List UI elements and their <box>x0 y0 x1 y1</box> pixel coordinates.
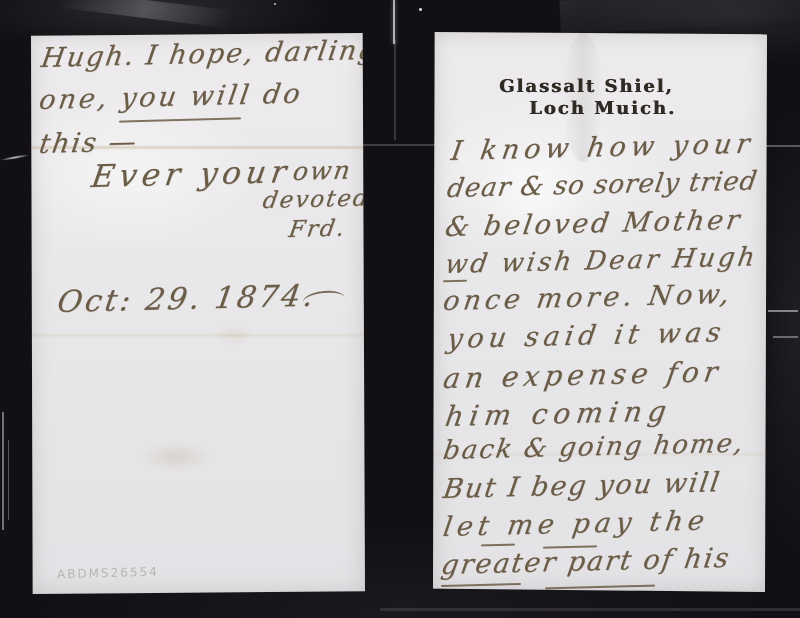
handwritten-underline <box>545 585 655 590</box>
hw-right-line-2: dear & so sorely tried <box>445 166 760 204</box>
crease-mark <box>768 310 798 312</box>
crease-mark <box>363 144 435 146</box>
hw-right-line-9: back & going home, <box>441 429 747 466</box>
hw-right-line-5: once more. Now, <box>441 279 735 317</box>
dust-speck <box>419 8 422 11</box>
hw-closing-own: own <box>291 155 354 186</box>
paper-stain <box>141 441 211 473</box>
hw-right-line-3: & beloved Mother <box>443 205 745 243</box>
handwritten-underline <box>119 117 241 122</box>
date-line: Oct: 29. 1874. <box>55 279 318 320</box>
crease-mark <box>394 40 396 140</box>
handwritten-underline <box>443 280 467 283</box>
crease-mark <box>559 0 800 35</box>
hw-right-line-7: an expense for <box>441 355 725 395</box>
hw-left-line-2: one, you will do <box>37 78 305 116</box>
letterhead-line-1: Glassalt Shiel, <box>499 76 674 97</box>
crease-mark <box>60 0 231 28</box>
hw-right-line-1: I know how your <box>449 128 757 167</box>
hw-right-line-4: wd wish Dear Hugh <box>443 242 760 280</box>
crease-mark <box>773 336 798 338</box>
hw-left-line-1: Hugh. I hope, darling <box>39 35 365 74</box>
dust-speck <box>274 3 276 5</box>
handwritten-underline <box>481 544 515 547</box>
crease-mark <box>2 412 4 530</box>
hw-right-line-11: let me pay the <box>441 505 711 543</box>
hw-right-line-8: him coming <box>443 394 674 433</box>
crease-mark <box>380 608 800 611</box>
hw-closing-devoted: devoted <box>261 185 365 214</box>
paper-fold <box>31 333 365 338</box>
letter-page-left: Hugh. I hope, darling one, you will do t… <box>31 33 365 594</box>
paper-stain <box>211 325 255 345</box>
letter-page-right: Glassalt Shiel, Loch Muich. I know how y… <box>433 32 767 592</box>
letterhead-line-2: Loch Muich. <box>529 98 676 119</box>
crease-mark <box>393 0 395 44</box>
handwritten-underline <box>441 583 521 587</box>
catalog-number: ABDMS26554 <box>57 565 159 582</box>
letter-photograph: Hugh. I hope, darling one, you will do t… <box>0 0 800 618</box>
crease-mark <box>8 440 9 520</box>
hw-left-line-3: this — <box>37 126 140 160</box>
crease-mark <box>0 153 30 161</box>
hw-right-line-12: greater part of his <box>439 543 733 581</box>
hw-right-line-10: But I beg you will <box>441 467 723 505</box>
hw-closing-frd: Frd. <box>287 216 348 243</box>
hw-closing-ever-your: Ever your <box>89 154 294 195</box>
hw-right-line-6: you said it was <box>445 317 728 355</box>
